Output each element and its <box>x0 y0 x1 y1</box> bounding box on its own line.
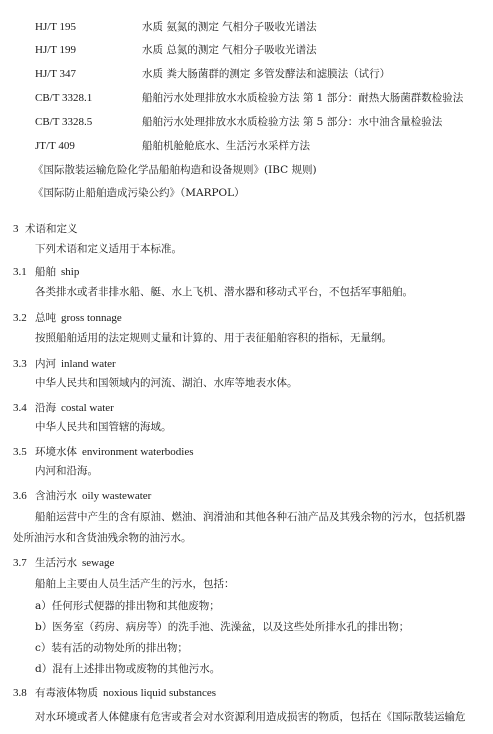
list-item: a）任何形式便器的排出物和其他废物； <box>35 599 220 613</box>
reference-code: CB/T 3328.5 <box>35 115 92 129</box>
section-heading: 3术语和定义 <box>13 222 78 236</box>
reference-title: 船舶污水处理排放水水质检验方法 第 5 部分：水中油含量检验法 <box>142 115 442 129</box>
term-definition: 中华人民共和国领域内的河流、湖泊、水库等地表水体。 <box>35 376 298 390</box>
term-heading: 3.7生活污水sewage <box>13 556 114 570</box>
term-en: ship <box>61 266 79 278</box>
term-number: 3.5 <box>13 445 35 459</box>
term-cn: 含油污水 <box>35 490 77 502</box>
term-cn: 有毒液体物质 <box>35 687 98 699</box>
reference-title: 船舶污水处理排放水水质检验方法 第 1 部分：耐热大肠菌群数检验法 <box>142 91 463 105</box>
term-definition: 按照船舶适用的法定规则丈量和计算的、用于表征船舶容积的指标，无量纲。 <box>35 331 392 345</box>
term-definition: 船舶运营中产生的含有原油、燃油、润滑油和其他各种石油产品及其残余物的污水，包括机… <box>35 510 466 524</box>
section-title: 术语和定义 <box>25 223 78 235</box>
term-cn: 船舶 <box>35 266 56 278</box>
term-cn: 环境水体 <box>35 446 77 458</box>
term-heading: 3.5环境水体environment waterbodies <box>13 445 194 459</box>
reference-code: CB/T 3328.1 <box>35 91 92 105</box>
reference-code: JT/T 409 <box>35 139 75 153</box>
reference-title: 水质 粪大肠菌群的测定 多管发酵法和滤膜法（试行） <box>142 67 390 81</box>
term-en: environment waterbodies <box>82 446 194 458</box>
reference-title: 水质 总氮的测定 气相分子吸收光谱法 <box>142 43 317 57</box>
term-cn: 内河 <box>35 358 56 370</box>
term-definition: 对水环境或者人体健康有危害或者会对水资源利用造成损害的物质，包括在《国际散装运输… <box>35 710 466 724</box>
term-cn: 生活污水 <box>35 557 77 569</box>
term-definition: 中华人民共和国管辖的海域。 <box>35 420 172 434</box>
term-cn: 总吨 <box>35 312 56 324</box>
term-number: 3.2 <box>13 311 35 325</box>
term-number: 3.7 <box>13 556 35 570</box>
reference-code: HJ/T 195 <box>35 20 76 34</box>
term-number: 3.3 <box>13 357 35 371</box>
term-number: 3.6 <box>13 489 35 503</box>
term-number: 3.4 <box>13 401 35 415</box>
reference-title: 船舶机舱舱底水、生活污水采样方法 <box>142 139 310 153</box>
section-intro: 下列术语和定义适用于本标准。 <box>35 242 182 256</box>
term-definition: 各类排水或者非排水船、艇、水上飞机、潜水器和移动式平台，不包括军事船舶。 <box>35 285 413 299</box>
term-en: sewage <box>82 557 114 569</box>
term-definition: 船舶上主要由人员生活产生的污水，包括： <box>35 577 235 591</box>
section-number: 3 <box>13 222 25 236</box>
term-en: inland water <box>61 358 116 370</box>
list-item: b）医务室（药房、病房等）的洗手池、洗澡盆，以及这些处所排水孔的排出物； <box>35 620 409 634</box>
term-en: gross tonnage <box>61 312 122 324</box>
term-heading: 3.1船舶ship <box>13 265 79 279</box>
term-heading: 3.8有毒液体物质noxious liquid substances <box>13 686 216 700</box>
term-number: 3.8 <box>13 686 35 700</box>
reference-code: HJ/T 199 <box>35 43 76 57</box>
term-cn: 沿海 <box>35 402 56 414</box>
convention-reference: 《国际散装运输危险化学品船舶构造和设备规则》(IBC 规则) <box>33 163 317 177</box>
term-definition: 内河和沿海。 <box>35 464 98 478</box>
convention-reference: 《国际防止船舶造成污染公约》（MARPOL） <box>33 186 245 200</box>
list-item: d）混有上述排出物或废物的其他污水。 <box>35 662 220 676</box>
term-definition-continued: 处所油污水和含货油残余物的油污水。 <box>13 531 192 545</box>
term-heading: 3.4沿海costal water <box>13 401 114 415</box>
term-en: noxious liquid substances <box>103 687 216 699</box>
list-item: c）装有活的动物处所的排出物； <box>35 641 188 655</box>
term-heading: 3.3内河inland water <box>13 357 116 371</box>
term-en: costal water <box>61 402 114 414</box>
term-number: 3.1 <box>13 265 35 279</box>
term-heading: 3.6含油污水oily wastewater <box>13 489 151 503</box>
reference-code: HJ/T 347 <box>35 67 76 81</box>
term-heading: 3.2总吨gross tonnage <box>13 311 122 325</box>
reference-title: 水质 氨氮的测定 气相分子吸收光谱法 <box>142 20 317 34</box>
term-en: oily wastewater <box>82 490 151 502</box>
